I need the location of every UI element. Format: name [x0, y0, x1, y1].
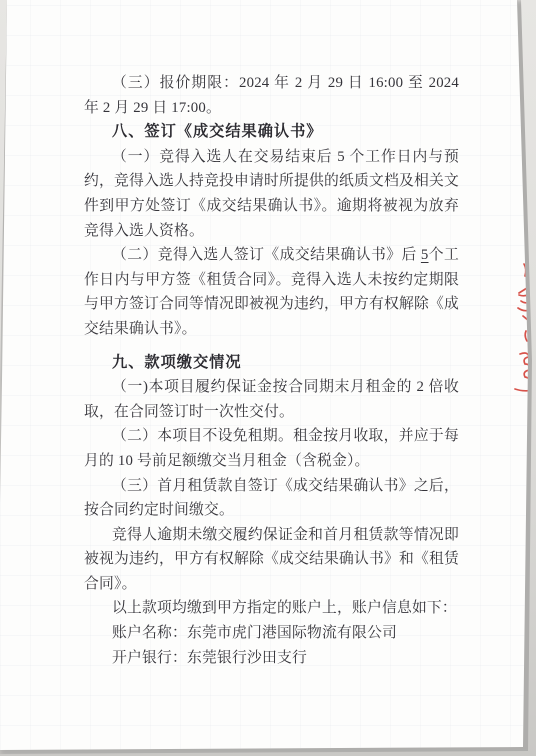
document-photo: { "page": { "background_top_color": "#e7…	[0, 0, 536, 756]
paragraph-8-1: （一）竞得入选人在交易结束后 5 个工作日内与预约，竞得入选人持竞投申请时所提供…	[84, 145, 459, 243]
paragraph-9-3: （三）首月租赁款自签订《成交结果确认书》之后，按合同约定时间缴交。	[84, 474, 459, 523]
paragraph-9-1: （一)本项目履约保证金按合同期末月租金的 2 倍收取，在合同签订时一次性交付。	[84, 375, 459, 424]
paragraph-account-bank: 开户银行：东莞银行沙田支行	[84, 646, 459, 671]
heading-section-9: 九、款项缴交情况	[84, 351, 459, 376]
document-text: （三）报价期限：2024 年 2 月 29 日 16:00 至 2024 年 2…	[84, 71, 459, 670]
document-page: （三）报价期限：2024 年 2 月 29 日 16:00 至 2024 年 2…	[0, 0, 536, 756]
paragraph-9-2: （二）本项目不设免租期。租金按月收取，并应于每月的 10 号前足额缴交当月租金（…	[84, 424, 459, 473]
paragraph-8-2-pre: （二）竞得入选人签订《成交结果确认书》后	[112, 247, 421, 263]
underlined-number: 5	[421, 247, 429, 263]
paragraph-account-name: 账户名称：东莞市虎门港国际物流有限公司	[84, 621, 459, 646]
heading-section-8: 八、签订《成交结果确认书》	[84, 120, 459, 145]
paragraph-9-overdue: 竞得人逾期未缴交履约保证金和首月租赁款等情况即被视为违约，甲方有权解除《成交结果…	[84, 523, 459, 597]
paragraph-8-2: （二）竞得入选人签订《成交结果确认书》后 5个工作日内与甲方签《租赁合同》。竞得…	[84, 243, 459, 341]
paragraph-account-intro: 以上款项均缴到甲方指定的账户上，账户信息如下：	[84, 596, 459, 621]
paragraph-quote-deadline: （三）报价期限：2024 年 2 月 29 日 16:00 至 2024 年 2…	[84, 71, 459, 120]
